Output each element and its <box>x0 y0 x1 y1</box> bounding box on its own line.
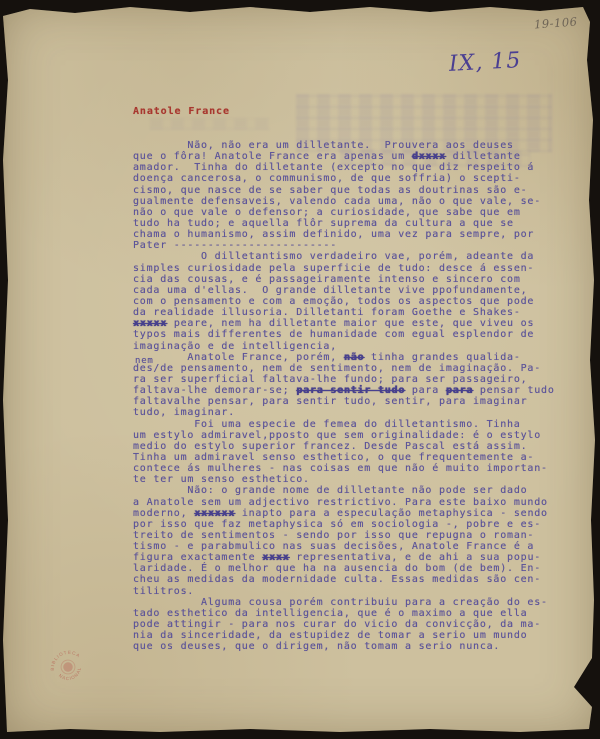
typescript-line: faltava-lhe demorar-se; para sentir tudo… <box>133 385 557 396</box>
typescript-line: xxxxx peare, nem ha dilletante maior que… <box>133 318 557 329</box>
typescript-line: tudo, imaginar. <box>133 407 557 418</box>
typescript-line: medio do estylo superior francez. Desde … <box>133 441 557 452</box>
text-run: que os deuses, que o dirigem, não tomam … <box>133 641 500 652</box>
text-run: tinha grandes qualida- <box>364 352 520 363</box>
text-run: cismo, que nasce de se saber que todas a… <box>133 185 527 196</box>
typescript-line: Anatole France, porém, não tinha grandes… <box>133 352 557 363</box>
text-run: tudo ha tudo; e aquella flôr suprema da … <box>133 218 514 229</box>
typescript-line: typos mais differentes de humanidade com… <box>133 329 557 340</box>
text-run: ra ser superficial faltava-lhe fundo; pa… <box>133 374 527 385</box>
struck-text-run: para sentir tudo <box>296 385 405 396</box>
typescript-line: contece ás mulheres - nas coisas em que … <box>133 463 557 474</box>
text-run: typos mais differentes de humanidade com… <box>133 329 534 340</box>
text-run: representativa, e de ahi a sua popu- <box>289 552 541 563</box>
text-run: da realidade illusoria. Dilletanti foram… <box>133 307 521 318</box>
typescript-line: Alguma cousa porém contribuiu para a cre… <box>133 597 557 608</box>
typescript-line: que o fôra! Anatole France era apenas um… <box>133 151 557 162</box>
text-run: não o que vale o defensor; a curiosidade… <box>133 207 521 218</box>
pencil-catalog-number: 19-106 <box>534 15 578 32</box>
struck-text-run: xxxxxx <box>194 508 235 519</box>
text-run: des/de pensamento, nem de sentimento, ne… <box>133 363 541 374</box>
text-run: Foi uma especie de femea do dilletantism… <box>194 419 520 430</box>
struck-text-run: não <box>344 352 364 363</box>
typescript-line: figura exactamente xxxx representativa, … <box>133 552 557 563</box>
paragraph: Não, não era um dilletante. Prouvera aos… <box>133 140 557 251</box>
text-run: O dilletantismo verdadeiro vae, porém, a… <box>201 251 534 262</box>
paragraph: Foi uma especie de femea do dilletantism… <box>133 419 557 486</box>
typescript-line: nia da sinceridade, da estupidez de toma… <box>133 630 557 641</box>
text-run: peare, nem ha dilletante maior que este,… <box>167 318 534 329</box>
text-run: que o fôra! Anatole France era apenas um <box>133 151 412 162</box>
text-run: faltavalhe pensar, para sentir tudo, sen… <box>133 396 527 407</box>
text-run: tismo - e parabmulico nas suas decisões,… <box>133 541 534 552</box>
typescript-line: tudo ha tudo; e aquella flôr suprema da … <box>133 218 557 229</box>
text-run: medio do estylo superior francez. Desde … <box>133 441 527 452</box>
typescript-line: tismo - e parabmulico nas suas decisões,… <box>133 541 557 552</box>
text-run: Anatole France, porém, <box>187 352 343 363</box>
text-run: nia da sinceridade, da estupidez de toma… <box>133 630 527 641</box>
typescript-line: faltavalhe pensar, para sentir tudo, sen… <box>133 396 557 407</box>
typescript-line: laridade. É o melhor que ha na ausencia … <box>133 563 557 574</box>
typescript-line: por isso que faz metaphysica só em socio… <box>133 519 557 530</box>
paragraph: Alguma cousa porém contribuiu para a cre… <box>133 597 557 653</box>
typescript-line: da realidade illusoria. Dilletanti foram… <box>133 307 557 318</box>
typescript-body: Não, não era um dilletante. Prouvera aos… <box>133 140 557 652</box>
text-run: com o pensamento e com a emoção, todos o… <box>133 296 534 307</box>
typescript-line: Pater ------------------------ <box>133 240 557 251</box>
struck-text-run: para <box>446 385 473 396</box>
typescript-line: com o pensamento e com a emoção, todos o… <box>133 296 557 307</box>
text-run: tado esthetico da intelligencia, que é o… <box>133 608 527 619</box>
typescript-line: ra ser superficial faltava-lhe fundo; pa… <box>133 374 557 385</box>
text-run: a Anatole sem um adjectivo restrictivo. … <box>133 497 548 508</box>
text-run: para <box>405 385 446 396</box>
paragraph: Não: o grande nome de dilletante não pod… <box>133 485 557 596</box>
typescript-line: a Anatole sem um adjectivo restrictivo. … <box>133 497 557 508</box>
text-run: tilitros. <box>133 586 194 597</box>
text-run: faltava-lhe demorar-se; <box>133 385 296 396</box>
text-run: Alguma cousa porém contribuiu para a cre… <box>201 597 548 608</box>
struck-text-run: xxxxx <box>133 318 167 329</box>
typescript-line: nemdes/de pensamento, nem de sentimento,… <box>133 363 557 374</box>
text-run: te ter um senso esthetico. <box>133 474 310 485</box>
document-title: Anatole France <box>133 106 230 117</box>
typescript-line: O dilletantismo verdadeiro vae, porém, a… <box>133 251 557 262</box>
scanned-typescript-page: 19-106 IX, 15 Anatole France Não, não er… <box>0 0 600 739</box>
paragraph: O dilletantismo verdadeiro vae, porém, a… <box>133 251 557 351</box>
typescript-line: gualmente defensaveis, valendo cada uma,… <box>133 196 557 207</box>
text-run: simples curiosidade pela superficie de t… <box>133 263 534 274</box>
handwritten-archive-reference: IX, 15 <box>448 48 522 77</box>
typescript-line: imaginação e de intelligencia, <box>133 341 557 352</box>
typescript-line: cheu as medidas da modernidade culta. Es… <box>133 574 557 585</box>
text-run: cia das cousas, e é passageiramente inte… <box>133 274 521 285</box>
typescript-line: não o que vale o defensor; a curiosidade… <box>133 207 557 218</box>
typescript-line: treito de sentimentos - sendo por isso q… <box>133 530 557 541</box>
text-run: cheu as medidas da modernidade culta. Es… <box>133 574 541 585</box>
typescript-line: Não, não era um dilletante. Prouvera aos… <box>133 140 557 151</box>
struck-text-run: xxxx <box>262 552 289 563</box>
typescript-line: Tinha um admiravel senso esthetico, o qu… <box>133 452 557 463</box>
text-run: tudo, imaginar. <box>133 407 235 418</box>
typescript-line: chama o humanismo, assim definido, uma v… <box>133 229 557 240</box>
text-run: dilletante <box>446 151 521 162</box>
text-run: amador. Tinha do dilletante (excepto no … <box>133 162 534 173</box>
paragraph: Anatole France, porém, não tinha grandes… <box>133 352 557 419</box>
typescript-line: um estylo admiravel,pposto que sem origi… <box>133 430 557 441</box>
text-run: pensar tudo <box>473 385 555 396</box>
typescript-line: simples curiosidade pela superficie de t… <box>133 263 557 274</box>
library-stamp: BIBLIOTECA NACIONAL <box>34 633 102 701</box>
typescript-line: cismo, que nasce de se saber que todas a… <box>133 185 557 196</box>
paper-sheet: 19-106 IX, 15 Anatole France Não, não er… <box>0 0 600 739</box>
text-run: moderno, <box>133 508 194 519</box>
text-run: chama o humanismo, assim definido, uma v… <box>133 229 534 240</box>
text-run: doença cancerosa, o communismo, de que s… <box>133 173 521 184</box>
text-run: cada uma d'ellas. O grande dilletante vi… <box>133 285 527 296</box>
typescript-line: amador. Tinha do dilletante (excepto no … <box>133 162 557 173</box>
typescript-line: moderno, xxxxxx inapto para a especulaçã… <box>133 508 557 519</box>
typescript-line: cia das cousas, e é passageiramente inte… <box>133 274 557 285</box>
typescript-line: tado esthetico da intelligencia, que é o… <box>133 608 557 619</box>
text-run: pode attingir - para nos curar do vicio … <box>133 619 541 630</box>
text-run: laridade. É o melhor que ha na ausencia … <box>133 563 541 574</box>
text-run: gualmente defensaveis, valendo cada uma,… <box>133 196 541 207</box>
ink-bleedthrough <box>150 118 270 130</box>
text-run: um estylo admiravel,pposto que sem origi… <box>133 430 541 441</box>
typescript-line: cada uma d'ellas. O grande dilletante vi… <box>133 285 557 296</box>
typescript-line: doença cancerosa, o communismo, de que s… <box>133 173 557 184</box>
text-run: treito de sentimentos - sendo por isso q… <box>133 530 534 541</box>
typescript-line: Foi uma especie de femea do dilletantism… <box>133 419 557 430</box>
text-run: Pater ------------------------ <box>133 240 337 251</box>
interlinear-insertion: nem <box>135 356 154 367</box>
typescript-line: te ter um senso esthetico. <box>133 474 557 485</box>
text-run: inapto para a especulação metaphysica - … <box>235 508 548 519</box>
text-run: figura exactamente <box>133 552 262 563</box>
text-run: imaginação e de intelligencia, <box>133 341 337 352</box>
typescript-line: Não: o grande nome de dilletante não pod… <box>133 485 557 496</box>
struck-text-run: dxxxx <box>412 151 446 162</box>
typescript-line: que os deuses, que o dirigem, não tomam … <box>133 641 557 652</box>
text-run: contece ás mulheres - nas coisas em que … <box>133 463 548 474</box>
typescript-line: pode attingir - para nos curar do vicio … <box>133 619 557 630</box>
text-run: por isso que faz metaphysica só em socio… <box>133 519 541 530</box>
text-run: Tinha um admiravel senso esthetico, o qu… <box>133 452 534 463</box>
text-run: Não: o grande nome de dilletante não pod… <box>187 485 527 496</box>
text-run: Não, não era um dilletante. Prouvera aos… <box>187 140 513 151</box>
typescript-line: tilitros. <box>133 586 557 597</box>
